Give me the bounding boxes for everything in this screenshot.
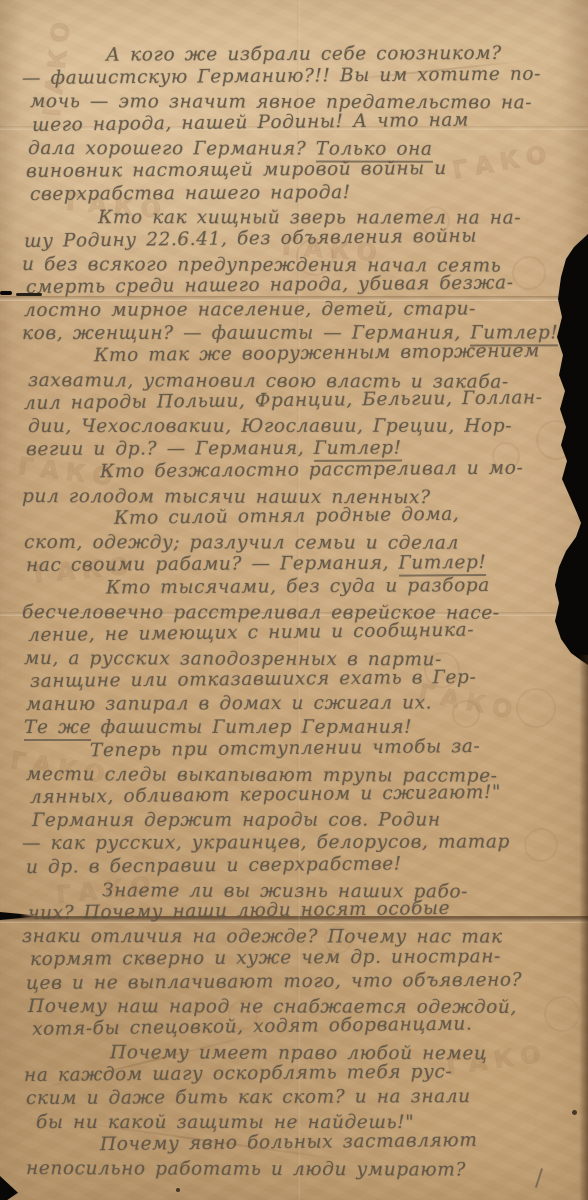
letter-line: непосильно работать и люди умирают? xyxy=(22,1157,578,1182)
letter-line: манию запирал в домах и сжигал их. xyxy=(22,691,578,716)
scanned-letter-page: ГАКОГАКОГАКОГАКОГАКОГАКОГАКОГАКОГАКОГАКО… xyxy=(0,0,588,1200)
tear-dash xyxy=(16,293,42,296)
letter-line: лянных, обливают керосином и сжигают!" xyxy=(22,780,578,809)
letter-line: занщине или отказавшихся ехать в Гер- xyxy=(22,665,578,693)
letter-line: Германия держит народы сов. Родин xyxy=(22,809,578,833)
tear-dash xyxy=(0,291,12,295)
letter-line: виновник настоящей мировой войны и xyxy=(22,156,578,183)
letter-line: цев и не выплачивают того, что объявлено… xyxy=(22,968,578,995)
ink-speck xyxy=(176,1188,180,1192)
letter-text: А кого же избрали себе союзником?— фашис… xyxy=(22,44,578,1180)
torn-corner-bottom-left xyxy=(0,1176,18,1200)
letter-line: дии, Чехословакии, Югославии, Греции, Но… xyxy=(22,415,578,439)
letter-line: Кто тысячами, без суда и разбора xyxy=(22,574,578,601)
letter-line: кормят скверно и хуже чем др. иностран- xyxy=(22,945,578,972)
letter-line: — фашистскую Германию?!! Вы им хотите по… xyxy=(22,62,578,90)
letter-line: на каждом шагу оскорблять тебя рус- xyxy=(22,1059,578,1087)
letter-line: ским и даже бить как скот? и на знали xyxy=(22,1085,578,1111)
letter-line: Кто так же вооруженным вторжением xyxy=(22,339,578,368)
paper-edge-shadow xyxy=(579,655,588,1200)
ink-speck xyxy=(572,1110,577,1115)
letter-line: Кто безжалостно расстреливал и мо- xyxy=(22,456,578,484)
letter-line: и др. в бесправии и сверхрабстве! xyxy=(22,850,578,878)
letter-line: сверхрабства нашего народа! xyxy=(22,180,578,206)
letter-line: смерть среди нашего народа, убивая безжа… xyxy=(22,271,578,299)
letter-line: лостно мирное население, детей, стари- xyxy=(22,297,578,322)
